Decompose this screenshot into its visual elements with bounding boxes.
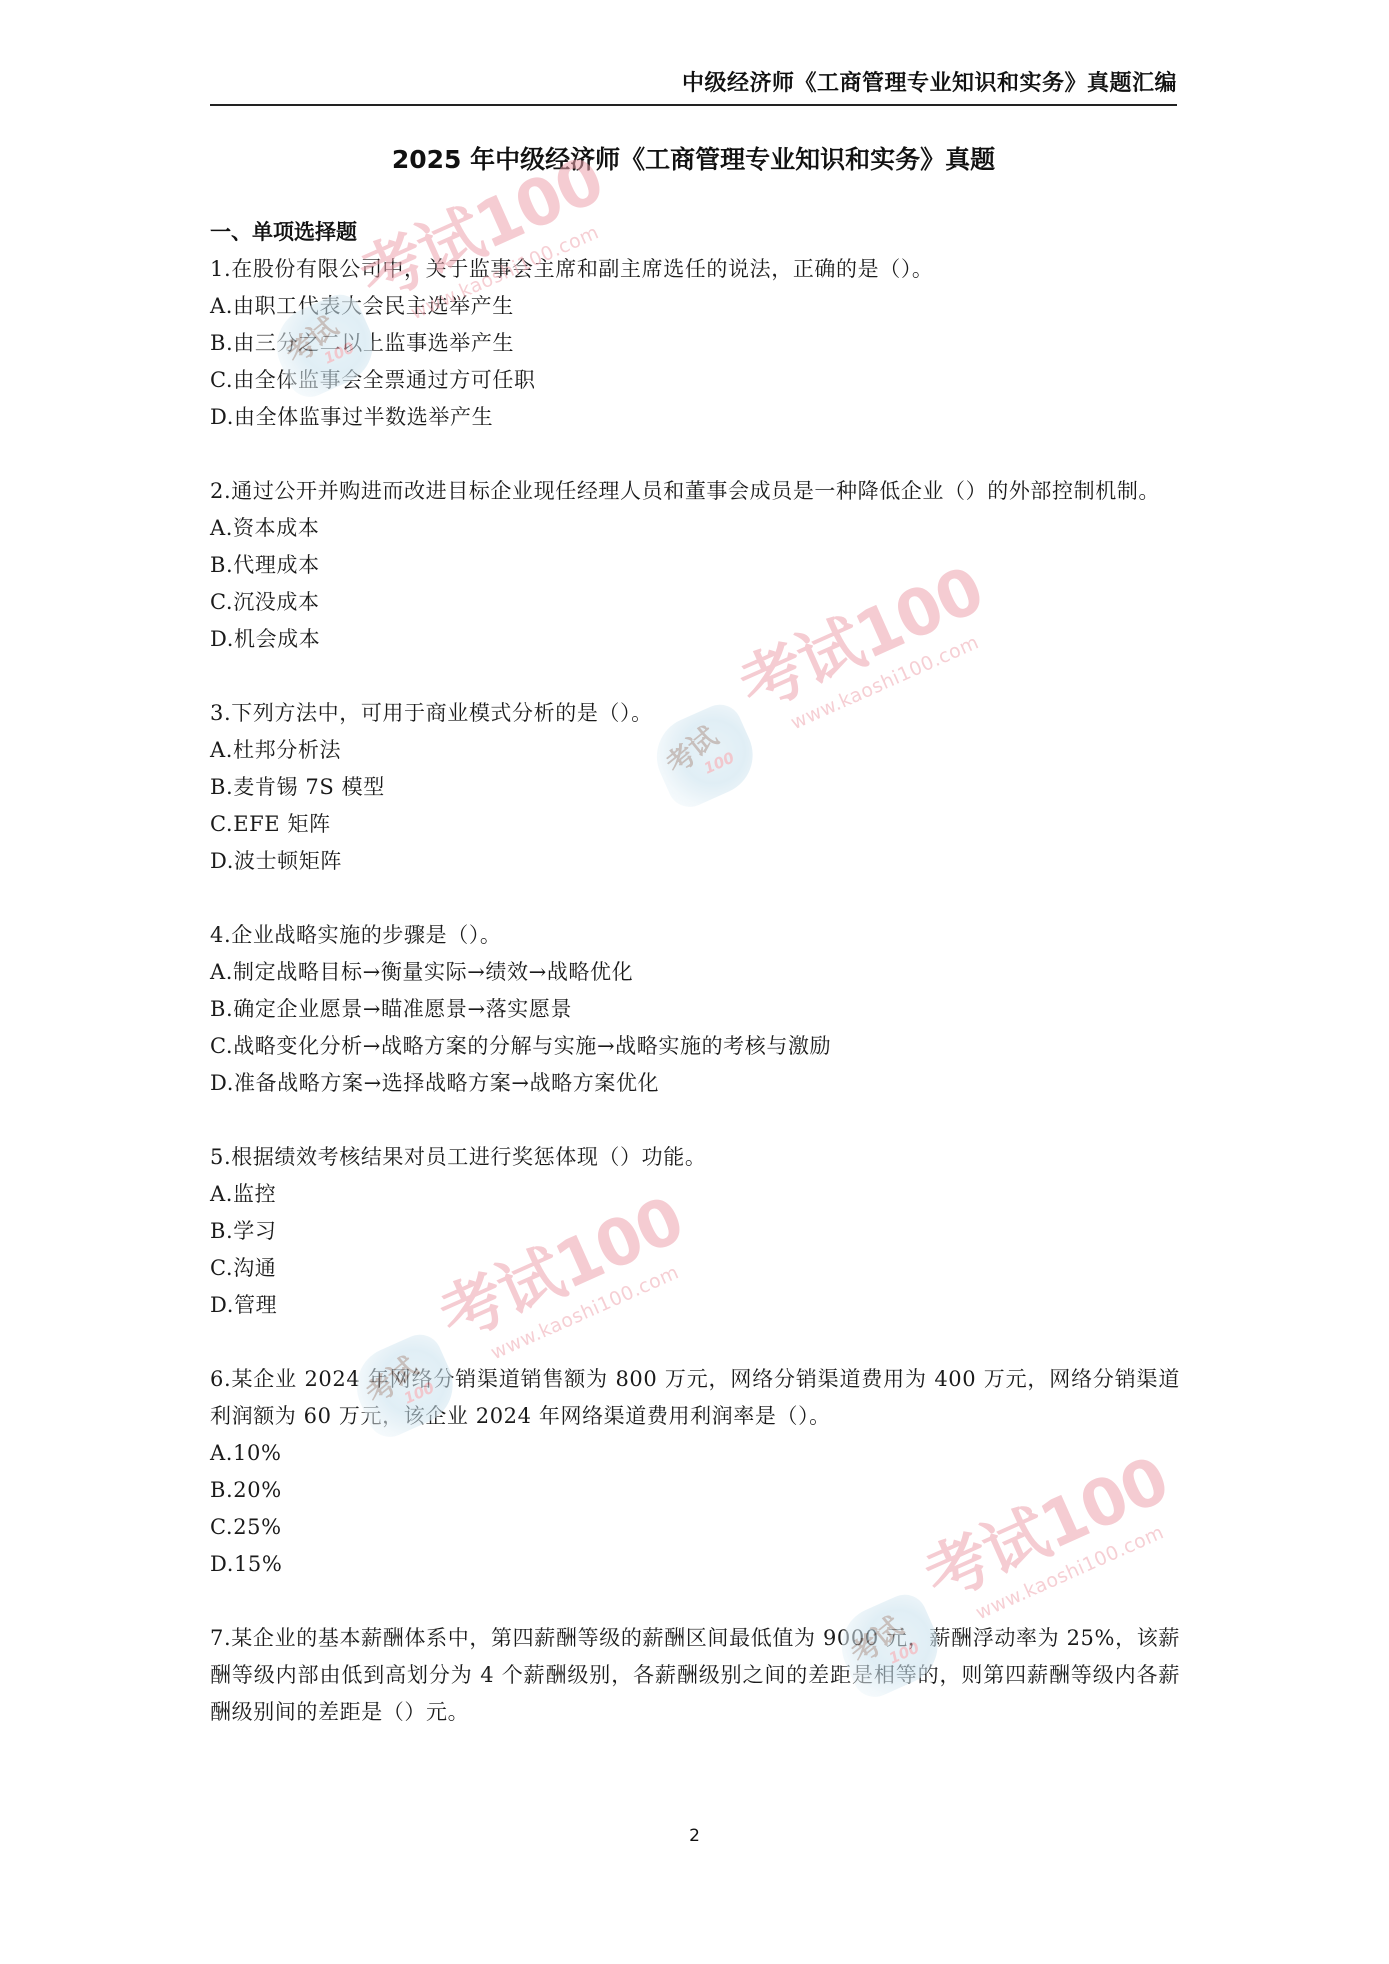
option-b: B.由三分之二以上监事选举产生 xyxy=(210,325,1180,362)
option-d: D.机会成本 xyxy=(210,621,1180,658)
question-stem: 7.某企业的基本薪酬体系中，第四薪酬等级的薪酬区间最低值为 9000 元，薪酬浮… xyxy=(210,1620,1180,1731)
option-c: C.25% xyxy=(210,1509,1180,1546)
option-b: B.代理成本 xyxy=(210,547,1180,584)
option-d: D.由全体监事过半数选举产生 xyxy=(210,399,1180,436)
option-a: A.制定战略目标→衡量实际→绩效→战略优化 xyxy=(210,954,1180,991)
question-stem: 5.根据绩效考核结果对员工进行奖惩体现（）功能。 xyxy=(210,1139,1180,1176)
option-b: B.20% xyxy=(210,1472,1180,1509)
question-1: 1.在股份有限公司中，关于监事会主席和副主席选任的说法，正确的是（）。 A.由职… xyxy=(210,251,1180,436)
question-4: 4.企业战略实施的步骤是（）。 A.制定战略目标→衡量实际→绩效→战略优化 B.… xyxy=(210,917,1180,1102)
question-6: 6.某企业 2024 年网络分销渠道销售额为 800 万元，网络分销渠道费用为 … xyxy=(210,1361,1180,1583)
question-7: 7.某企业的基本薪酬体系中，第四薪酬等级的薪酬区间最低值为 9000 元，薪酬浮… xyxy=(210,1620,1180,1731)
section-title: 一、单项选择题 xyxy=(210,214,1180,251)
option-c: C.由全体监事会全票通过方可任职 xyxy=(210,362,1180,399)
running-header-title: 中级经济师《工商管理专业知识和实务》真题汇编 xyxy=(682,71,1177,96)
option-c: C.沉没成本 xyxy=(210,584,1180,621)
option-a: A.10% xyxy=(210,1435,1180,1472)
question-stem: 1.在股份有限公司中，关于监事会主席和副主席选任的说法，正确的是（）。 xyxy=(210,251,1180,288)
page-number: 2 xyxy=(0,1826,1389,1846)
question-3: 3.下列方法中，可用于商业模式分析的是（）。 A.杜邦分析法 B.麦肯锡 7S … xyxy=(210,695,1180,880)
option-d: D.波士顿矩阵 xyxy=(210,843,1180,880)
option-d: D.15% xyxy=(210,1546,1180,1583)
question-stem: 3.下列方法中，可用于商业模式分析的是（）。 xyxy=(210,695,1180,732)
running-header: 中级经济师《工商管理专业知识和实务》真题汇编 xyxy=(210,66,1177,106)
option-a: A.杜邦分析法 xyxy=(210,732,1180,769)
option-c: C.沟通 xyxy=(210,1250,1180,1287)
option-c: C.EFE 矩阵 xyxy=(210,806,1180,843)
option-b: B.麦肯锡 7S 模型 xyxy=(210,769,1180,806)
question-2: 2.通过公开并购进而改进目标企业现任经理人员和董事会成员是一种降低企业（）的外部… xyxy=(210,473,1180,658)
document-title: 2025 年中级经济师《工商管理专业知识和实务》真题 xyxy=(210,140,1177,176)
question-5: 5.根据绩效考核结果对员工进行奖惩体现（）功能。 A.监控 B.学习 C.沟通 … xyxy=(210,1139,1180,1324)
option-d: D.管理 xyxy=(210,1287,1180,1324)
option-d: D.准备战略方案→选择战略方案→战略方案优化 xyxy=(210,1065,1180,1102)
option-a: A.由职工代表大会民主选举产生 xyxy=(210,288,1180,325)
question-stem: 4.企业战略实施的步骤是（）。 xyxy=(210,917,1180,954)
option-b: B.确定企业愿景→瞄准愿景→落实愿景 xyxy=(210,991,1180,1028)
option-b: B.学习 xyxy=(210,1213,1180,1250)
question-stem: 2.通过公开并购进而改进目标企业现任经理人员和董事会成员是一种降低企业（）的外部… xyxy=(210,473,1180,510)
question-stem: 6.某企业 2024 年网络分销渠道销售额为 800 万元，网络分销渠道费用为 … xyxy=(210,1361,1180,1435)
document-body: 一、单项选择题 1.在股份有限公司中，关于监事会主席和副主席选任的说法，正确的是… xyxy=(210,214,1180,1768)
option-a: A.监控 xyxy=(210,1176,1180,1213)
option-c: C.战略变化分析→战略方案的分解与实施→战略实施的考核与激励 xyxy=(210,1028,1180,1065)
option-a: A.资本成本 xyxy=(210,510,1180,547)
